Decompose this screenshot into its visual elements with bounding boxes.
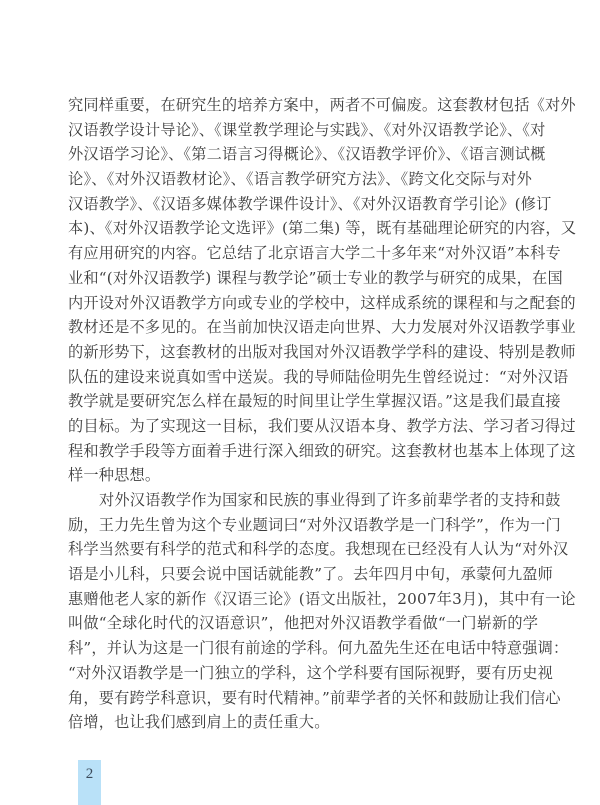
body-text: 究同样重要，在研究生的培养方案中，两者不可偏废。这套教材包括《对外 汉语教学设计…: [68, 93, 532, 735]
text-line: 究同样重要，在研究生的培养方案中，两者不可偏废。这套教材包括《对外: [68, 93, 532, 118]
text-line: 科”，并认为这是一门很有前途的学科。何九盈先生还在电话中特意强调：: [68, 636, 532, 661]
text-line: 角，要有跨学科意识，要有时代精神。”前辈学者的关怀和鼓励让我们信心: [68, 686, 532, 711]
text-line: 倍增，也让我们感到肩上的责任重大。: [68, 710, 532, 735]
text-line: 对外汉语教学作为国家和民族的事业得到了许多前辈学者的支持和鼓: [68, 488, 532, 513]
text-line: 汉语教学设计导论》、《课堂教学理论与实践》、《对外汉语教学论》、《对: [68, 118, 532, 143]
text-line: 论》、《对外汉语教材论》、《语言教学研究方法》、《跨文化交际与对外: [68, 167, 532, 192]
text-line: 叫做“全球化时代的汉语意识”，他把对外汉语教学看做“一门崭新的学: [68, 611, 532, 636]
text-line: 的目标。为了实现这一目标，我们要从汉语本身、教学方法、学习者习得过: [68, 414, 532, 439]
text-line: 队伍的建设来说真如雪中送炭。我的导师陆俭明先生曾经说过：“对外汉语: [68, 365, 532, 390]
text-line: 程和教学手段等方面着手进行深入细致的研究。这套教材也基本上体现了这: [68, 439, 532, 464]
text-line: 有应用研究的内容。它总结了北京语言大学二十多年来“对外汉语”本科专: [68, 241, 532, 266]
text-line: 惠赠他老人家的新作《汉语三论》(语文出版社，2007年3月)，其中有一论: [68, 587, 532, 612]
text-line: 业和“(对外汉语教学) 课程与教学论”硕士专业的教学与研究的成果，在国: [68, 266, 532, 291]
text-line: 内开设对外汉语教学方向或专业的学校中，这样成系统的课程和与之配套的: [68, 291, 532, 316]
text-line: 科学当然要有科学的范式和科学的态度。我想现在已经没有人认为“对外汉: [68, 537, 532, 562]
text-line: “对外汉语教学是一门独立的学科，这个学科要有国际视野，要有历史视: [68, 661, 532, 686]
text-line: 外汉语学习论》、《第二语言习得概论》、《汉语教学评价》、《语言测试概: [68, 142, 532, 167]
text-line: 语是小儿科，只要会说中国话就能教”了。去年四月中旬，承蒙何九盈师: [68, 562, 532, 587]
page-number-tab: 2: [78, 760, 101, 805]
text-line: 汉语教学》、《汉语多媒体教学课件设计》、《对外汉语教育学引论》(修订: [68, 192, 532, 217]
page-number: 2: [78, 766, 101, 783]
text-line: 样一种思想。: [68, 463, 532, 488]
document-page: 究同样重要，在研究生的培养方案中，两者不可偏废。这套教材包括《对外 汉语教学设计…: [0, 0, 600, 805]
text-line: 励，王力先生曾为这个专业题词曰“对外汉语教学是一门科学”，作为一门: [68, 513, 532, 538]
text-line: 本)、《对外汉语教学论文选评》(第二集) 等，既有基础理论研究的内容，又: [68, 216, 532, 241]
text-line: 的新形势下，这套教材的出版对我国对外汉语教学学科的建设、特别是教师: [68, 340, 532, 365]
text-line: 教材还是不多见的。在当前加快汉语走向世界、大力发展对外汉语教学事业: [68, 315, 532, 340]
text-line: 教学就是要研究怎么样在最短的时间里让学生掌握汉语。”这是我们最直接: [68, 389, 532, 414]
